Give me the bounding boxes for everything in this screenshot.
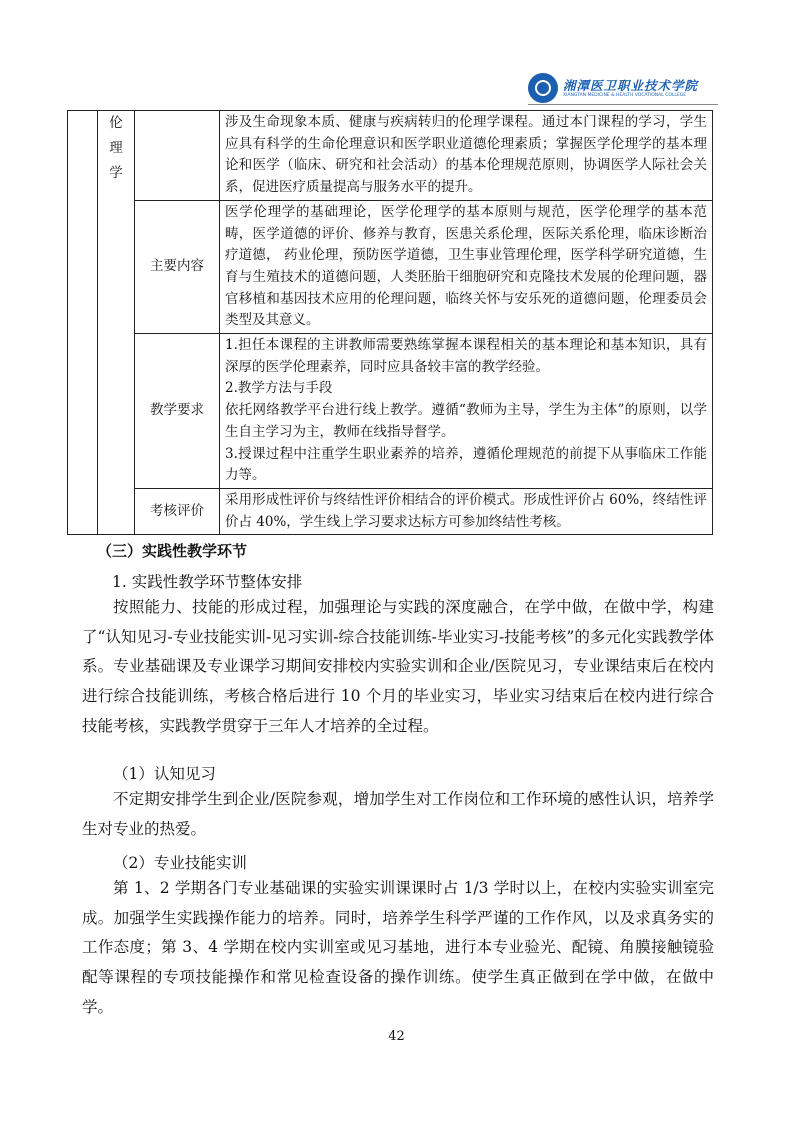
subheading-skill-training: （2）专业技能实训 bbox=[113, 851, 713, 873]
paragraph-overall-arrangement: 按照能力、技能的形成过程，加强理论与实践的深度融合，在学中做，在做中学，构建了“… bbox=[82, 593, 714, 742]
subheading-overall-arrangement: 1. 实践性教学环节整体安排 bbox=[112, 570, 712, 592]
assessment-text: 采用形成性评价与终结性评价相结合的评价模式。形成性评价占 60%，终结性评价占 … bbox=[220, 488, 713, 534]
row-label-assessment: 考核评价 bbox=[135, 488, 220, 534]
row-label bbox=[135, 111, 220, 201]
course-name-char: 理 bbox=[98, 136, 134, 161]
page-number: 42 bbox=[0, 1029, 793, 1044]
main-content-text: 医学伦理学的基础理论，医学伦理学的基本原则与规范，医学伦理学的基本范畴，医学道德… bbox=[220, 200, 713, 333]
requirement-line: 2.教学方法与手段 bbox=[225, 378, 707, 400]
course-name-cell: 伦 理 学 bbox=[98, 111, 135, 535]
requirement-line: 1.担任本课程的主讲教师需要熟练掌握本课程相关的基本理论和基本知识，具有深厚的医… bbox=[225, 335, 707, 378]
table-row: 伦 理 学 涉及生命现象本质、健康与疾病转归的伦理学课程。通过本门课程的学习，学… bbox=[68, 111, 713, 201]
requirement-line: 3.授课过程中注重学生职业素养的培养，遵循伦理规范的前提下从事临床工作能力等。 bbox=[225, 444, 707, 487]
course-name-char: 伦 bbox=[98, 111, 134, 136]
subheading-cognitive-internship: （1）认知见习 bbox=[113, 762, 713, 784]
table-row: 考核评价 采用形成性评价与终结性评价相结合的评价模式。形成性评价占 60%，终结… bbox=[68, 488, 713, 534]
row-label-teaching-requirements: 教学要求 bbox=[135, 334, 220, 489]
college-name-en: XIANGTAN MEDICINE & HEALTH VOCATIONAL CO… bbox=[563, 93, 698, 99]
row-label-main-content: 主要内容 bbox=[135, 200, 220, 333]
course-name-char: 学 bbox=[98, 161, 134, 186]
section-heading: （三）实践性教学环节 bbox=[97, 540, 697, 561]
blank-cell bbox=[68, 111, 98, 535]
college-logo: 湘潭医卫职业技术学院 XIANGTAN MEDICINE & HEALTH VO… bbox=[528, 70, 728, 106]
paragraph-skill-training: 第 1、2 学期各门专业基础课的实验实训课课时占 1/3 学时以上，在校内实验实… bbox=[82, 874, 714, 1023]
teaching-requirements-text: 1.担任本课程的主讲教师需要熟练掌握本课程相关的基本理论和基本知识，具有深厚的医… bbox=[220, 334, 713, 489]
paragraph-cognitive-internship: 不定期安排学生到企业/医院参观，增加学生对工作岗位和工作环境的感性认识，培养学生… bbox=[82, 785, 714, 844]
course-table: 伦 理 学 涉及生命现象本质、健康与疾病转归的伦理学课程。通过本门课程的学习，学… bbox=[67, 110, 713, 535]
header-divider bbox=[528, 104, 718, 105]
table-row: 主要内容 医学伦理学的基础理论，医学伦理学的基本原则与规范，医学伦理学的基本范畴… bbox=[68, 200, 713, 333]
college-name-cn: 湘潭医卫职业技术学院 bbox=[563, 78, 698, 93]
table-row: 教学要求 1.担任本课程的主讲教师需要熟练掌握本课程相关的基本理论和基本知识，具… bbox=[68, 334, 713, 489]
requirement-line: 依托网络教学平台进行线上教学。遵循“教师为主导，学生为主体”的原则，以学生自主学… bbox=[225, 400, 707, 443]
course-description: 涉及生命现象本质、健康与疾病转归的伦理学课程。通过本门课程的学习，学生应具有科学… bbox=[220, 111, 713, 201]
college-emblem-icon bbox=[528, 73, 558, 103]
